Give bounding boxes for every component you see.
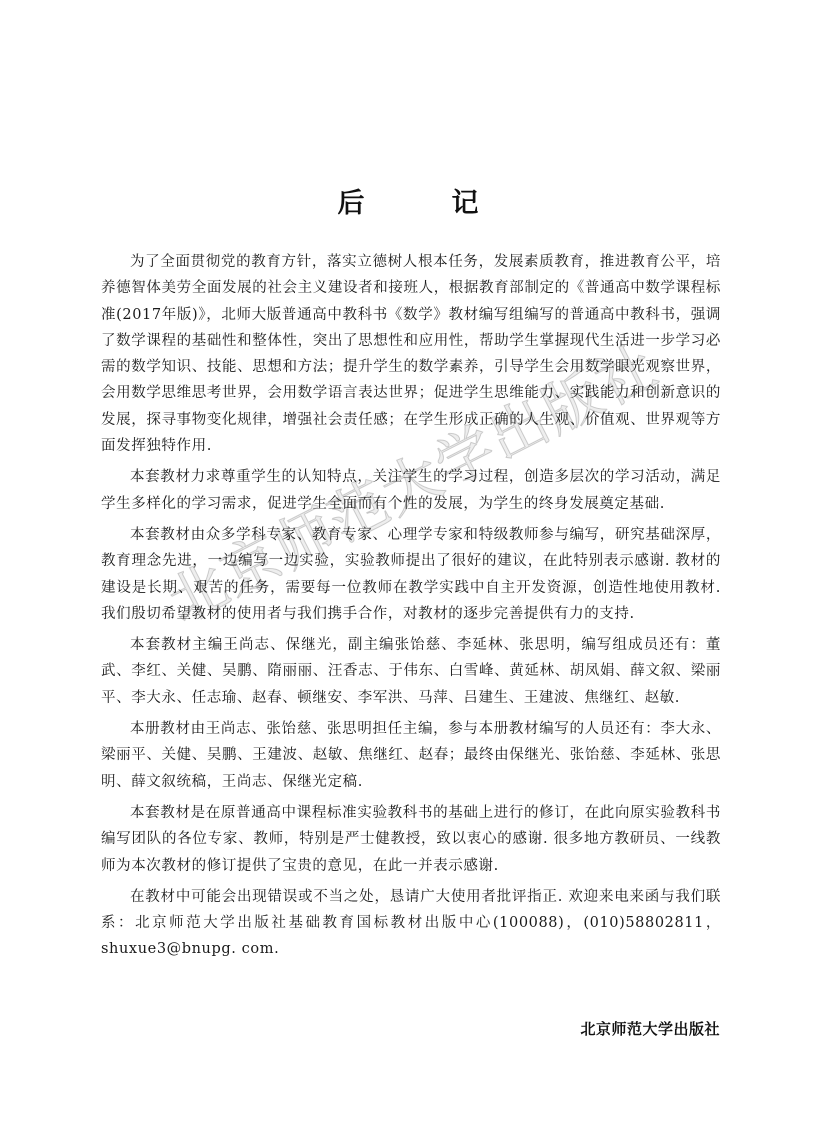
- publisher-signature: 北京师范大学出版社: [580, 1018, 720, 1039]
- paragraph-purpose: 为了全面贯彻党的教育方针，落实立德树人根本任务，发展素质教育，推进教育公平，培养…: [101, 249, 721, 459]
- paragraph-revision-thanks: 本套教材是在原普通高中课程标准实验教科书的基础上进行的修订，在此向原实验教科书编…: [101, 800, 721, 879]
- paragraph-volume-editors: 本册教材由王尚志、张饴慈、张思明担任主编，参与本册教材编写的人员还有：李大永、梁…: [101, 716, 721, 795]
- paragraph-student-focus: 本套教材力求尊重学生的认知特点，关注学生的学习过程，创造多层次的学习活动，满足学…: [101, 464, 721, 517]
- paragraph-authors-thanks: 本套教材由众多学科专家、教育专家、心理学专家和特级教师参与编写，研究基础深厚，教…: [101, 522, 721, 627]
- paragraph-editorial-team: 本套教材主编王尚志、保继光，副主编张饴慈、李延林、张思明，编写组成员还有：董武、…: [101, 632, 721, 711]
- afterword-body: 为了全面贯彻党的教育方针，落实立德树人根本任务，发展素质教育，推进教育公平，培养…: [101, 249, 721, 968]
- paragraph-contact: 在教材中可能会出现错误或不当之处，恳请广大使用者批评指正. 欢迎来电来函与我们联…: [101, 884, 721, 963]
- page-title: 后 记: [0, 181, 816, 220]
